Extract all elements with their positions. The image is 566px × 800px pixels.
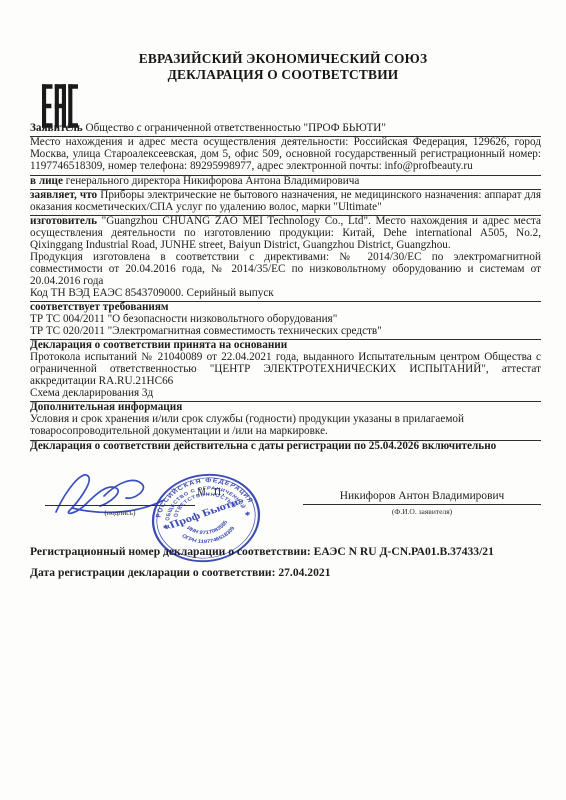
production-info: Продукция изготовлена в соответствии с д… <box>30 252 541 288</box>
manufacturer-value: "Guangzhou CHUANG ZAO MEI Technology Co.… <box>30 215 541 251</box>
manufacturer-label: изготовитель <box>30 215 97 227</box>
declares-label: заявляет, что <box>30 189 97 201</box>
declares-line: заявляет, что Приборы электрические не б… <box>30 190 541 216</box>
applicant-label: Заявитель <box>30 122 83 134</box>
applicant-fio: Никифоров Антон Владимирович <box>303 490 541 502</box>
fio-caption: (Ф.И.О. заявителя) <box>303 507 541 516</box>
applicant-address: Место нахождения и адрес места осуществл… <box>30 137 541 175</box>
stamp-separator-star: ✱ <box>162 524 169 531</box>
declares-value: Приборы электрические не бытового назнач… <box>30 189 541 213</box>
represented-by-label: в лице <box>30 175 63 187</box>
applicant-value: Общество с ограниченной ответственностью… <box>86 122 386 134</box>
declaration-of-conformity-document: ЕВРАЗИЙСКИЙ ЭКОНОМИЧЕСКИЙ СОЮЗ ДЕКЛАРАЦИ… <box>0 0 566 800</box>
stamp-separator-star: ✱ <box>244 511 251 518</box>
document-header: ЕВРАЗИЙСКИЙ ЭКОНОМИЧЕСКИЙ СОЮЗ ДЕКЛАРАЦИ… <box>0 51 566 82</box>
validity-line: Декларация о соответствии действительна … <box>30 441 541 453</box>
document-body: Заявитель Общество с ограниченной ответс… <box>30 123 541 453</box>
union-title: ЕВРАЗИЙСКИЙ ЭКОНОМИЧЕСКИЙ СОЮЗ <box>0 51 566 67</box>
fio-line <box>303 504 541 505</box>
registration-number-line: Регистрационный номер декларации о соотв… <box>30 545 550 558</box>
document-title: ДЕКЛАРАЦИЯ О СООТВЕТСТВИИ <box>0 67 566 83</box>
tnved-code-line: Код ТН ВЭД ЕАЭС 8543709000. Серийный вып… <box>30 288 541 302</box>
basis-text: Протокола испытаний № 21040089 от 22.04.… <box>30 352 541 388</box>
represented-by-line: в лице генерального директора Никифорова… <box>30 176 541 190</box>
manufacturer-line: изготовитель "Guangzhou CHUANG ZAO MEI T… <box>30 216 541 252</box>
regulation-item: ТР ТС 020/2011 "Электромагнитная совмест… <box>30 326 541 340</box>
represented-by-value: генерального директора Никифорова Антона… <box>66 175 360 187</box>
declaration-scheme: Схема декларирования 3д <box>30 388 541 402</box>
registration-date-line: Дата регистрации декларации о соответств… <box>30 566 550 579</box>
applicant-line: Заявитель Общество с ограниченной ответс… <box>30 123 541 137</box>
additional-info-text: Условия и срок хранения и/или срок служб… <box>30 414 541 440</box>
